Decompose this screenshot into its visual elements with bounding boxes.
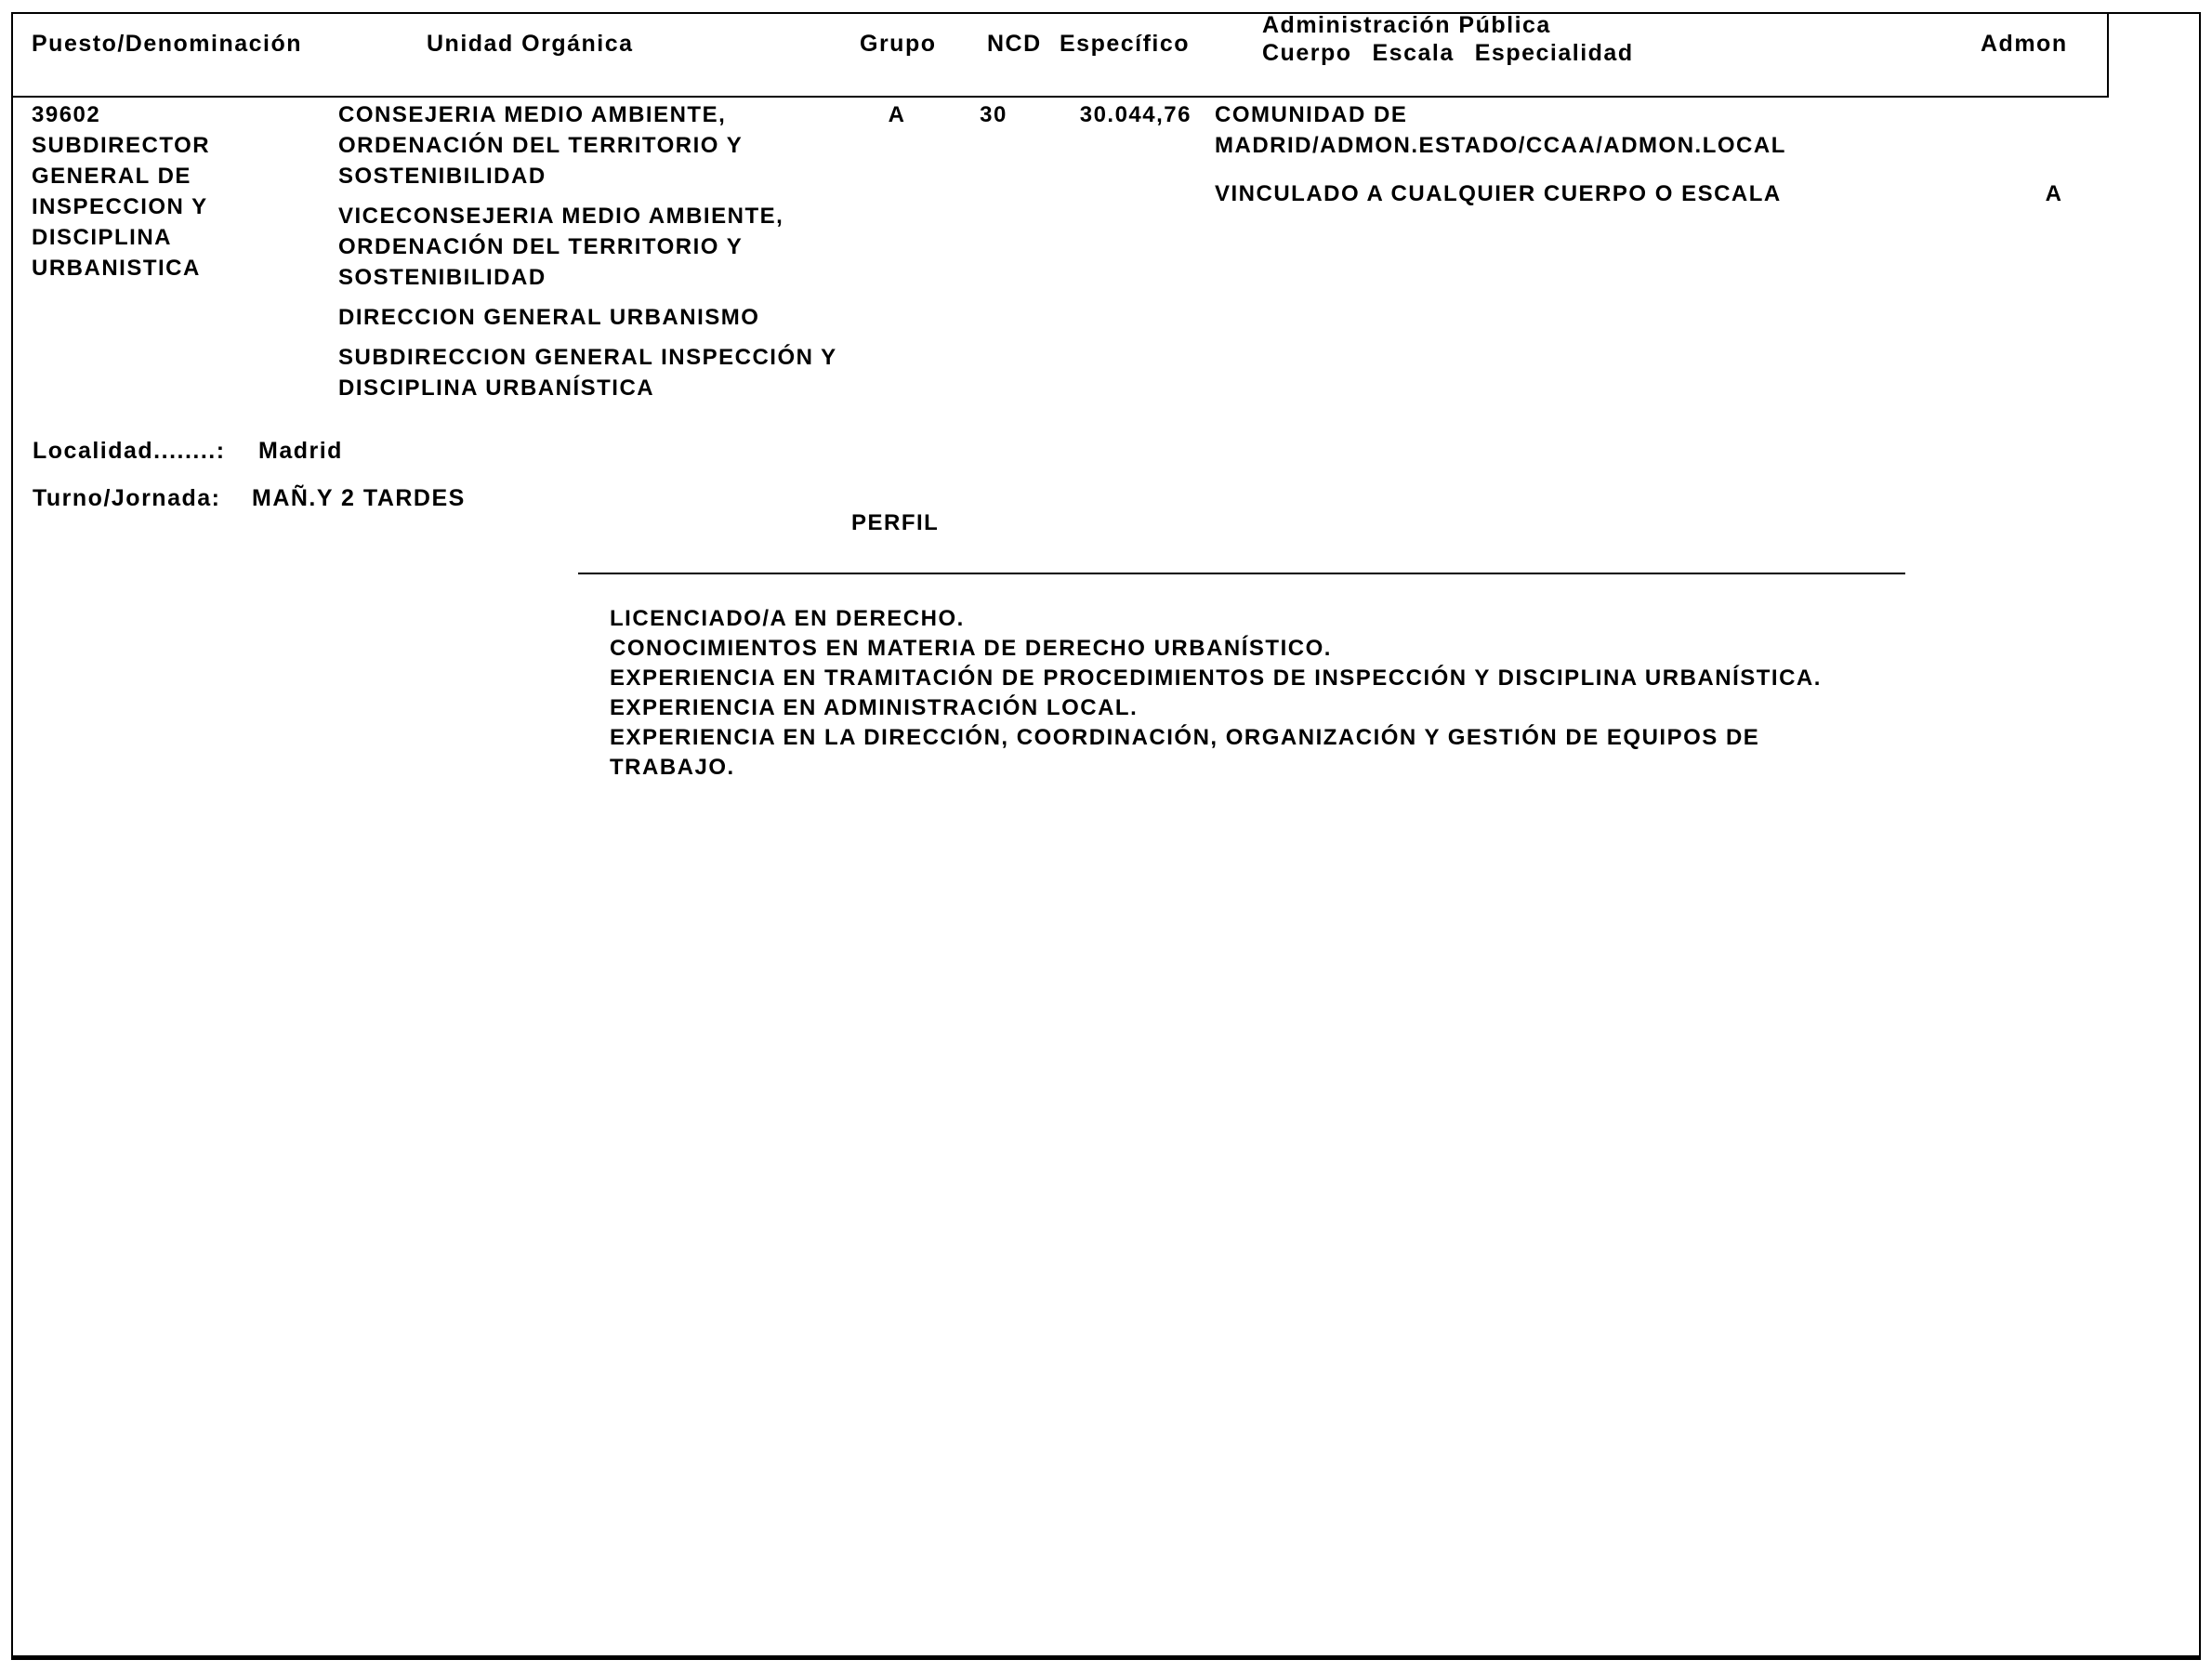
header-bottom-rule [11,96,2109,98]
column-header-especifico: Específico [1060,30,1190,58]
vinculacion-value: VINCULADO A CUALQUIER CUERPO O ESCALA [1215,178,1782,209]
perfil-item: EXPERIENCIA EN ADMINISTRACIÓN LOCAL. [610,693,1837,723]
perfil-item: EXPERIENCIA EN LA DIRECCIÓN, COORDINACIÓ… [610,723,1837,783]
localidad-value: Madrid [258,437,343,465]
column-header-puesto: Puesto/Denominación [32,30,302,58]
column-header-administracion-publica: Administración Pública CuerpoEscalaEspec… [1262,11,1634,67]
perfil-item: EXPERIENCIA EN TRAMITACIÓN DE PROCEDIMIE… [610,664,1837,693]
header-right-divider [2107,12,2109,98]
subheader-escala: Escala [1373,40,1455,66]
unidad-organica-direccion-general: DIRECCION GENERAL URBANISMO [338,302,882,333]
column-header-admon: Admon [1981,30,2068,58]
grupo-value: A [860,99,934,130]
unidad-organica-cell: CONSEJERIA MEDIO AMBIENTE, ORDENACIÓN DE… [338,99,882,413]
turno-jornada-value: MAÑ.Y 2 TARDES [252,484,466,512]
localidad-label: Localidad........: [33,437,226,465]
unidad-organica-consejeria: CONSEJERIA MEDIO AMBIENTE, ORDENACIÓN DE… [338,99,882,191]
administracion-publica-title: Administración Pública [1262,11,1634,39]
ncd-value: 30 [966,99,1021,130]
perfil-label: PERFIL [851,507,939,538]
cuerpo-escala-especialidad-subheader: CuerpoEscalaEspecialidad [1262,39,1634,67]
column-header-grupo: Grupo [860,30,937,58]
unidad-organica-subdireccion: SUBDIRECCION GENERAL INSPECCIÓN Y DISCIP… [338,342,882,403]
puesto-codigo: 39602 [32,99,245,130]
column-header-ncd: NCD [987,30,1042,58]
admon-value: A [2035,178,2073,209]
administracion-publica-value: COMUNIDAD DE MADRID/ADMON.ESTADO/CCAA/AD… [1215,99,1828,161]
subheader-especialidad: Especialidad [1475,40,1634,66]
perfil-item: CONOCIMIENTOS EN MATERIA DE DERECHO URBA… [610,634,1837,664]
unidad-organica-viceconsejeria: VICECONSEJERIA MEDIO AMBIENTE, ORDENACIÓ… [338,201,882,293]
perfil-separator-rule [578,573,1905,574]
perfil-item: LICENCIADO/A EN DERECHO. [610,604,1837,634]
column-header-unidad-organica: Unidad Orgánica [427,30,634,58]
turno-jornada-label: Turno/Jornada: [33,484,220,512]
document-page: Puesto/Denominación Unidad Orgánica Grup… [0,0,2212,1673]
perfil-requirements: LICENCIADO/A EN DERECHO. CONOCIMIENTOS E… [610,604,1837,783]
subheader-cuerpo: Cuerpo [1262,40,1352,66]
puesto-denominacion: SUBDIRECTOR GENERAL DE INSPECCION Y DISC… [32,130,245,283]
puesto-cell: 39602 SUBDIRECTOR GENERAL DE INSPECCION … [32,99,245,283]
especifico-value: 30.044,76 [1060,99,1192,130]
